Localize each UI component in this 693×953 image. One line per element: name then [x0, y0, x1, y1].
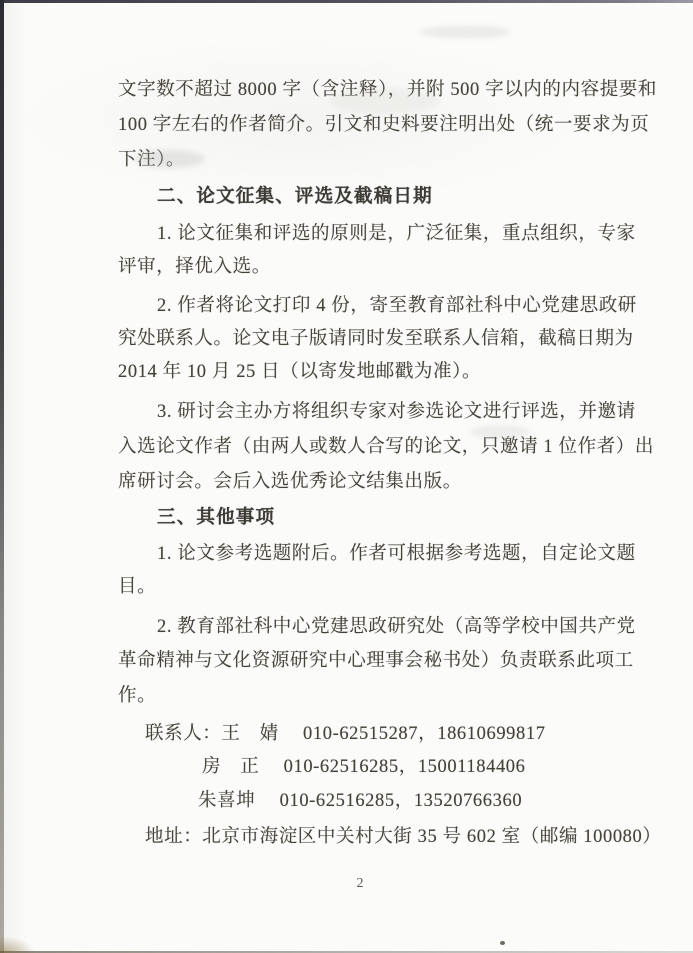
- page-number: 2: [0, 876, 693, 892]
- scan-edge-top: [0, 0, 693, 3]
- doc-line: 1. 论文征集和评选的原则是，广泛征集，重点组织，专家: [157, 222, 636, 246]
- doc-line: 3. 研讨会主办方将组织专家对参选论文进行评选，并邀请: [157, 400, 636, 424]
- scan-smudge: [420, 26, 510, 38]
- contact-line-2: 房 正 010-62516285，15001184406: [202, 755, 526, 779]
- doc-line: 席研讨会。会后入选优秀论文结集出版。: [118, 470, 462, 494]
- address-line: 地址：北京市海淀区中关村大街 35 号 602 室（邮编 100080）: [145, 825, 661, 849]
- scanned-document-page: 文字数不超过 8000 字（含注释），并附 500 字以内的内容提要和 100 …: [0, 0, 693, 953]
- doc-line: 目。: [118, 575, 156, 599]
- doc-line: 1. 论文参考选题附后。作者可根据参考选题，自定论文题: [157, 542, 636, 566]
- contact-line-1: 联系人：王 婧 010-62515287，18610699817: [145, 722, 546, 746]
- doc-line: 革命精神与文化资源研究中心理事会秘书处）负责联系此项工: [118, 649, 634, 673]
- doc-line: 下注）。: [118, 148, 185, 172]
- section-heading-2: 二、论文征集、评选及截稿日期: [157, 184, 433, 208]
- doc-line: 2. 作者将论文打印 4 份，寄至教育部社科中心党建思政研: [157, 294, 637, 318]
- doc-line: 入选论文作者（由两人或数人合写的论文，只邀请 1 位作者）出: [118, 435, 654, 459]
- doc-line: 文字数不超过 8000 字（含注释），并附 500 字以内的内容提要和: [118, 78, 657, 102]
- contact-line-3: 朱喜坤 010-62516285，13520766360: [198, 789, 522, 813]
- doc-line: 100 字左右的作者简介。引文和史料要注明出处（统一要求为页: [118, 113, 649, 137]
- doc-line: 究处联系人。论文电子版请同时发至联系人信箱，截稿日期为: [118, 327, 634, 351]
- scan-edge-left: [0, 0, 4, 953]
- section-heading-3: 三、其他事项: [157, 505, 275, 529]
- doc-line: 2014 年 10 月 25 日（以寄发地邮戳为准）。: [118, 360, 481, 384]
- doc-line: 作。: [118, 684, 156, 708]
- scan-corner-smudge: [0, 937, 34, 953]
- doc-line: 评审，择优入选。: [118, 255, 271, 279]
- scan-speck: [500, 941, 505, 945]
- doc-line: 2. 教育部社科中心党建思政研究处（高等学校中国共产党: [157, 615, 636, 639]
